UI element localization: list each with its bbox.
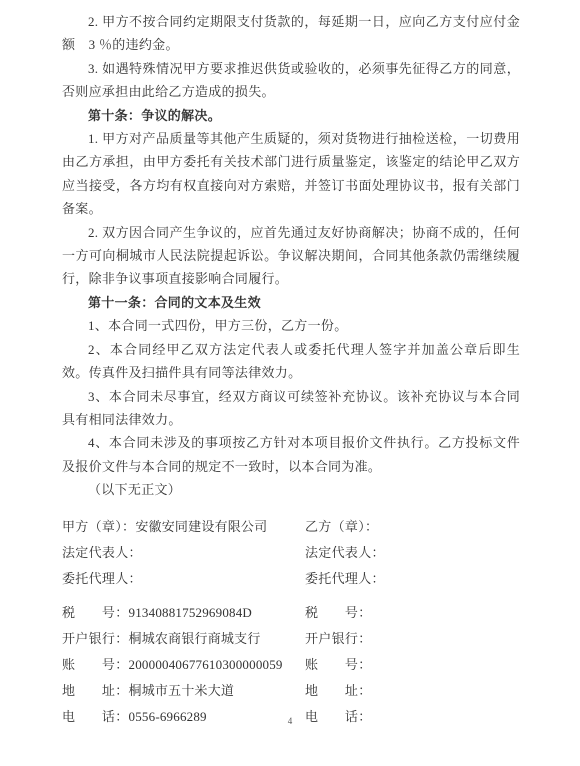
- party-b-legal-rep-row: 法定代表人：: [305, 540, 520, 566]
- contract-paragraph: 1. 甲方对产品质量等其他产生质疑的，须对货物进行抽检送检，一切费用由乙方承担，…: [62, 127, 520, 221]
- field-label: 税 号：: [62, 605, 129, 620]
- field-label: 法定代表人：: [305, 545, 385, 560]
- field-label: 地 址：: [62, 683, 129, 698]
- contract-paragraph: 4、本合同未涉及的事项按乙方针对本项目报价文件执行。乙方投标文件及报价文件与本合…: [62, 431, 520, 478]
- field-label: 账 号：: [62, 657, 129, 672]
- party-a-account-no-row: 账 号：20000040677610300000059: [62, 652, 305, 678]
- contract-document-page: 2. 甲方不按合同约定期限支付货款的，每延期一日，应向乙方支付应付金额 3 ％的…: [0, 0, 580, 766]
- no-more-text-note: （以下无正文）: [62, 478, 520, 501]
- contract-paragraph: 2、本合同经甲乙双方法定代表人或委托代理人签字并加盖公章后即生效。传真件及扫描件…: [62, 338, 520, 385]
- party-b-agent-row: 委托代理人：: [305, 566, 520, 592]
- field-label: 税 号：: [305, 605, 372, 620]
- party-b-signature-column: 乙方（章）： 法定代表人： 委托代理人： 税 号： 开户银行： 账 号：: [305, 514, 520, 730]
- clause-11-heading: 第十一条：合同的文本及生效: [62, 291, 520, 314]
- field-label: 地 址：: [305, 683, 372, 698]
- contract-paragraph: 2. 双方因合同产生争议的，应首先通过友好协商解决；协商不成的，任何一方可向桐城…: [62, 221, 520, 291]
- party-a-tax-no-row: 税 号：91340881752969084D: [62, 600, 305, 626]
- party-b-tax-no-row: 税 号：: [305, 600, 520, 626]
- party-a-seal-row: 甲方（章）：安徽安同建设有限公司: [62, 514, 305, 540]
- party-a-bank-row: 开户银行：桐城农商银行商城支行: [62, 626, 305, 652]
- field-label: 甲方（章）：: [62, 519, 135, 534]
- signature-block: 甲方（章）：安徽安同建设有限公司 法定代表人： 委托代理人： 税 号：91340…: [62, 514, 520, 730]
- field-label: 开户银行：: [62, 631, 129, 646]
- contract-paragraph: 2. 甲方不按合同约定期限支付货款的，每延期一日，应向乙方支付应付金额 3 ％的…: [62, 10, 520, 57]
- field-value: 桐城农商银行商城支行: [129, 631, 261, 646]
- party-b-seal-row: 乙方（章）：: [305, 514, 520, 540]
- field-label: 开户银行：: [305, 631, 372, 646]
- field-label: 法定代表人：: [62, 545, 142, 560]
- field-value: 桐城市五十米大道: [129, 683, 235, 698]
- contract-paragraph: 3、本合同未尽事宜，经双方商议可续签补充协议。该补充协议与本合同具有相同法律效力…: [62, 385, 520, 432]
- field-value: 安徽安同建设有限公司: [135, 519, 267, 534]
- field-value: 91340881752969084D: [129, 605, 253, 620]
- party-a-signature-column: 甲方（章）：安徽安同建设有限公司 法定代表人： 委托代理人： 税 号：91340…: [62, 514, 305, 730]
- page-number: 4: [0, 716, 580, 726]
- field-label: 账 号：: [305, 657, 372, 672]
- party-b-account-no-row: 账 号：: [305, 652, 520, 678]
- field-label: 委托代理人：: [62, 571, 142, 586]
- field-value: 20000040677610300000059: [129, 657, 283, 672]
- contract-body: 2. 甲方不按合同约定期限支付货款的，每延期一日，应向乙方支付应付金额 3 ％的…: [0, 0, 580, 730]
- field-label: 委托代理人：: [305, 571, 385, 586]
- party-a-agent-row: 委托代理人：: [62, 566, 305, 592]
- contract-paragraph: 3. 如遇特殊情况甲方要求推迟供货或验收的，必须事先征得乙方的同意，否则应承担由…: [62, 57, 520, 104]
- field-label: 乙方（章）：: [305, 519, 378, 534]
- party-a-address-row: 地 址：桐城市五十米大道: [62, 678, 305, 704]
- clause-10-heading: 第十条：争议的解决。: [62, 104, 520, 127]
- contract-paragraph: 1、本合同一式四份，甲方三份，乙方一份。: [62, 314, 520, 337]
- party-a-legal-rep-row: 法定代表人：: [62, 540, 305, 566]
- party-b-address-row: 地 址：: [305, 678, 520, 704]
- party-b-bank-row: 开户银行：: [305, 626, 520, 652]
